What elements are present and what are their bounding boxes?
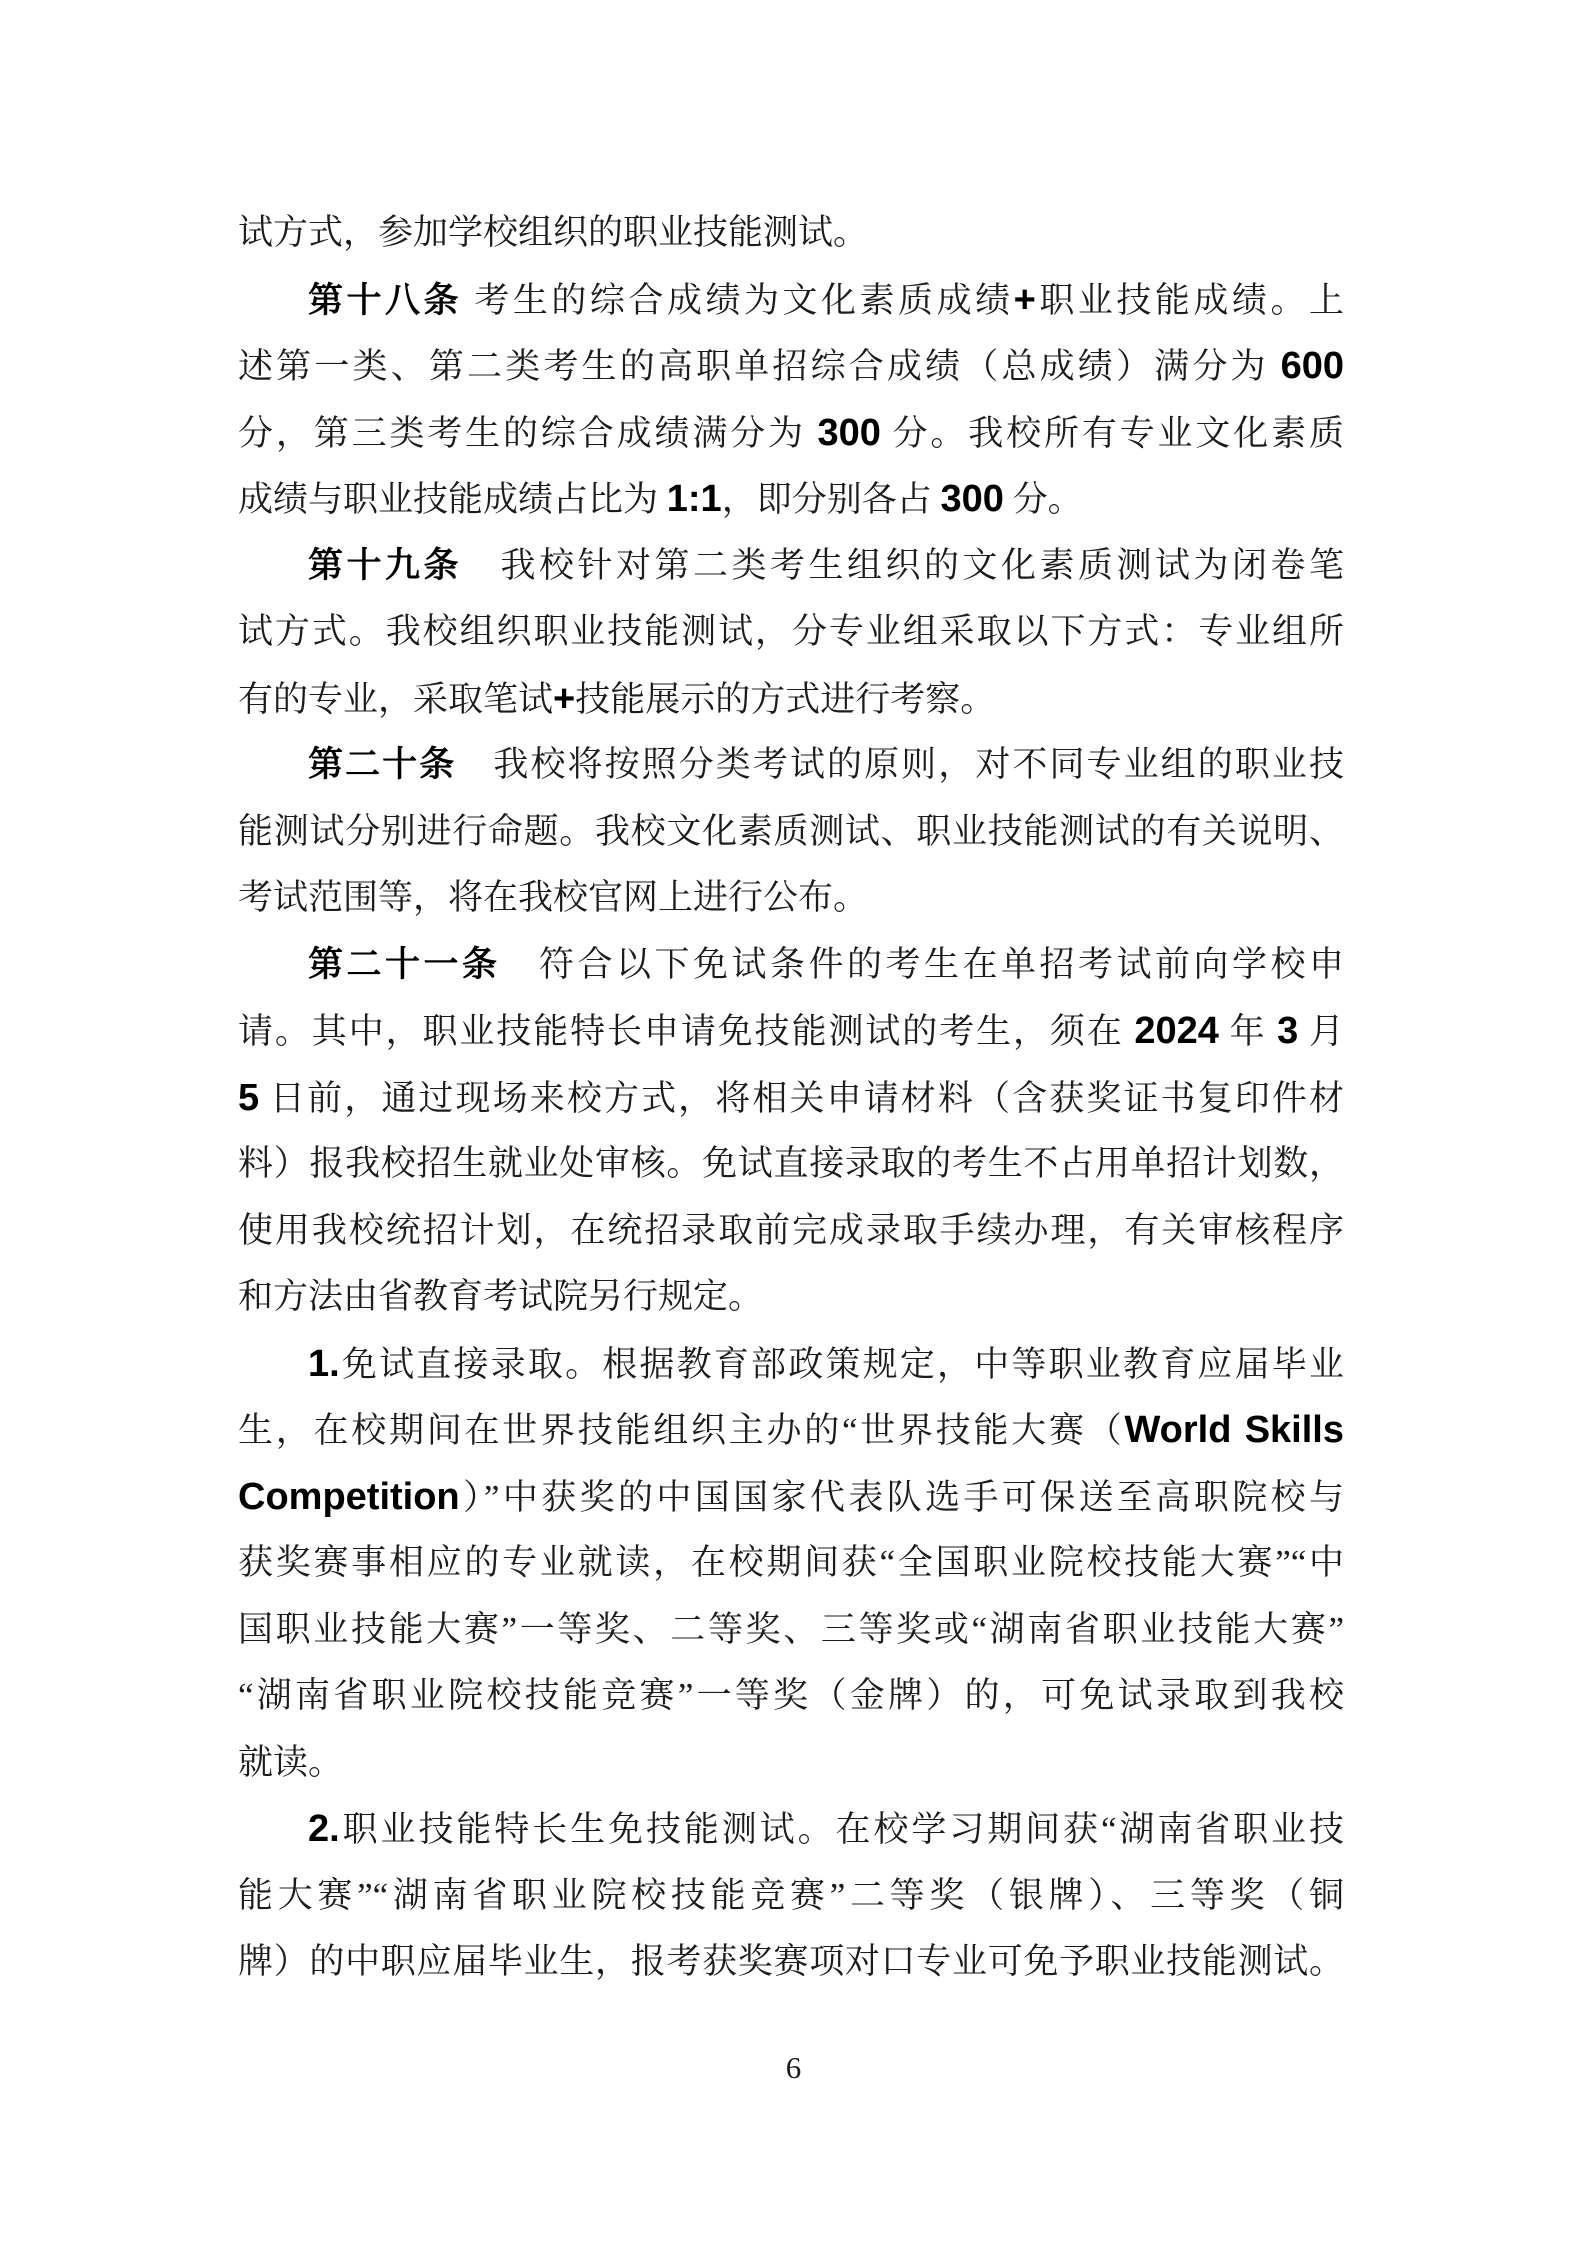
- text-segment: 3: [1277, 1010, 1298, 1052]
- text-segment: 2.: [308, 1808, 340, 1850]
- text-line: 5 日前，通过现场来校方式，将相关申请材料（含获奖证书复印件材: [238, 1065, 1344, 1132]
- text-line: 使用我校统招计划，在统招录取前完成录取手续办理，有关审核程序: [238, 1198, 1344, 1265]
- text-segment: 能测试分别进行命题。我校文化素质测试、职业技能测试的有关说明、: [238, 812, 1344, 851]
- text-line: 试方式。我校组织职业技能测试，分专业组采取以下方式：专业组所: [238, 599, 1344, 666]
- text-segment: 国职业技能大赛”一等奖、二等奖、三等奖或“湖南省职业技能大赛”: [238, 1610, 1344, 1649]
- text-line: 能测试分别进行命题。我校文化素质测试、职业技能测试的有关说明、: [238, 799, 1344, 866]
- text-segment: 第十八条: [308, 281, 462, 320]
- text-segment: 请。其中，职业技能特长申请免技能测试的考生，须在: [238, 1012, 1134, 1051]
- text-segment: 牌）的中职应届毕业生，报考获奖赛项对口专业可免予职业技能测试。: [238, 1942, 1344, 1981]
- document-body: 试方式，参加学校组织的职业技能测试。第十八条 考生的综合成绩为文化素质成绩+职业…: [238, 200, 1344, 1996]
- text-segment: 分，第三类考生的综合成绩满分为: [238, 414, 818, 453]
- text-segment: 第二十条: [308, 745, 456, 784]
- text-line: 获奖赛事相应的专业就读，在校期间获“全国职业院校技能大赛”“中: [238, 1530, 1344, 1597]
- text-segment: 就读。: [238, 1743, 343, 1782]
- text-segment: 1:1: [667, 478, 722, 520]
- text-segment: +: [1014, 279, 1036, 321]
- text-segment: World Skills: [1124, 1409, 1344, 1451]
- text-segment: 600: [1281, 345, 1344, 387]
- text-line: 有的专业，采取笔试+技能展示的方式进行考察。: [238, 666, 1344, 733]
- text-line: 和方法由省教育考试院另行规定。: [238, 1264, 1344, 1331]
- text-segment: 使用我校统招计划，在统招录取前完成录取手续办理，有关审核程序: [238, 1211, 1344, 1250]
- text-segment: 分。: [1004, 480, 1083, 519]
- text-segment: 料）报我校招生就业处审核。免试直接录取的考生不占用单招计划数，: [238, 1144, 1344, 1183]
- text-segment: 分。我校所有专业文化素质: [881, 414, 1344, 453]
- document-page: { "page": { "number": "6" }, "colors": {…: [0, 0, 1587, 2245]
- text-segment: 成绩与职业技能成绩占比为: [238, 480, 667, 519]
- text-line: 牌）的中职应届毕业生，报考获奖赛项对口专业可免予职业技能测试。: [238, 1929, 1344, 1996]
- text-segment: 符合以下免试条件的考生在单招考试前向学校申: [501, 945, 1344, 984]
- text-line: 第二十条 我校将按照分类考试的原则，对不同专业组的职业技: [238, 732, 1344, 799]
- text-segment: ）”中获奖的中国国家代表队选手可保送至高职院校与: [460, 1478, 1344, 1517]
- text-line: 考试范围等，将在我校官网上进行公布。: [238, 865, 1344, 932]
- text-line: 第十九条 我校针对第二类考生组织的文化素质测试为闭卷笔: [238, 533, 1344, 600]
- text-segment: 技能展示的方式进行考察。: [575, 680, 995, 719]
- text-line: 第二十一条 符合以下免试条件的考生在单招考试前向学校申: [238, 932, 1344, 999]
- text-segment: 月: [1298, 1012, 1344, 1051]
- text-line: 请。其中，职业技能特长申请免技能测试的考生，须在 2024 年 3 月: [238, 998, 1344, 1065]
- text-segment: 第十九条: [308, 546, 462, 585]
- text-line: 分，第三类考生的综合成绩满分为 300 分。我校所有专业文化素质: [238, 400, 1344, 467]
- text-segment: 我校将按照分类考试的原则，对不同专业组的职业技: [456, 745, 1344, 784]
- text-segment: 300: [940, 478, 1003, 520]
- text-segment: 300: [818, 412, 881, 454]
- text-line: 述第一类、第二类考生的高职单招综合成绩（总成绩）满分为 600: [238, 333, 1344, 400]
- text-line: 成绩与职业技能成绩占比为 1:1，即分别各占 300 分。: [238, 466, 1344, 533]
- text-line: Competition）”中获奖的中国国家代表队选手可保送至高职院校与: [238, 1464, 1344, 1531]
- text-line: “湖南省职业院校技能竞赛”一等奖（金牌）的，可免试录取到我校: [238, 1663, 1344, 1730]
- text-segment: 能大赛”“湖南省职业院校技能竞赛”二等奖（银牌）、三等奖（铜: [238, 1876, 1344, 1915]
- text-line: 生，在校期间在世界技能组织主办的“世界技能大赛（World Skills: [238, 1397, 1344, 1464]
- text-segment: 获奖赛事相应的专业就读，在校期间获“全国职业院校技能大赛”“中: [238, 1543, 1344, 1582]
- text-segment: 职业技能成绩。上: [1036, 281, 1344, 320]
- text-segment: 日前，通过现场来校方式，将相关申请材料（含获奖证书复印件材: [259, 1079, 1344, 1118]
- text-line: 国职业技能大赛”一等奖、二等奖、三等奖或“湖南省职业技能大赛”: [238, 1597, 1344, 1664]
- text-segment: 职业技能特长生免技能测试。在校学习期间获“湖南省职业技: [340, 1810, 1344, 1849]
- text-segment: 5: [238, 1077, 259, 1119]
- text-segment: 试方式。我校组织职业技能测试，分专业组采取以下方式：专业组所: [238, 612, 1344, 651]
- text-line: 试方式，参加学校组织的职业技能测试。: [238, 200, 1344, 267]
- text-segment: 试方式，参加学校组织的职业技能测试。: [238, 213, 868, 252]
- text-segment: 有的专业，采取笔试: [238, 680, 553, 719]
- text-segment: 我校针对第二类考生组织的文化素质测试为闭卷笔: [462, 546, 1344, 585]
- text-segment: +: [553, 678, 575, 720]
- text-segment: “湖南省职业院校技能竞赛”一等奖（金牌）的，可免试录取到我校: [238, 1676, 1344, 1715]
- page-number: 6: [0, 2048, 1587, 2088]
- text-line: 就读。: [238, 1730, 1344, 1797]
- text-segment: Competition: [238, 1476, 460, 1518]
- text-line: 1.免试直接录取。根据教育部政策规定，中等职业教育应届毕业: [238, 1331, 1344, 1398]
- text-segment: 免试直接录取。根据教育部政策规定，中等职业教育应届毕业: [340, 1345, 1344, 1384]
- text-line: 料）报我校招生就业处审核。免试直接录取的考生不占用单招计划数，: [238, 1131, 1344, 1198]
- text-line: 第十八条 考生的综合成绩为文化素质成绩+职业技能成绩。上: [238, 267, 1344, 334]
- text-segment: 2024: [1134, 1010, 1219, 1052]
- text-line: 能大赛”“湖南省职业院校技能竞赛”二等奖（银牌）、三等奖（铜: [238, 1863, 1344, 1930]
- text-segment: 考试范围等，将在我校官网上进行公布。: [238, 878, 868, 917]
- text-segment: 考生的综合成绩为文化素质成绩: [462, 281, 1014, 320]
- text-segment: 和方法由省教育考试院另行规定。: [238, 1277, 763, 1316]
- text-segment: 1.: [308, 1343, 340, 1385]
- text-line: 2.职业技能特长生免技能测试。在校学习期间获“湖南省职业技: [238, 1796, 1344, 1863]
- text-segment: 生，在校期间在世界技能组织主办的“世界技能大赛（: [238, 1411, 1124, 1450]
- text-segment: ，即分别各占: [722, 480, 941, 519]
- text-segment: 第二十一条: [308, 945, 501, 984]
- text-segment: 年: [1219, 1012, 1277, 1051]
- text-segment: 述第一类、第二类考生的高职单招综合成绩（总成绩）满分为: [238, 347, 1281, 386]
